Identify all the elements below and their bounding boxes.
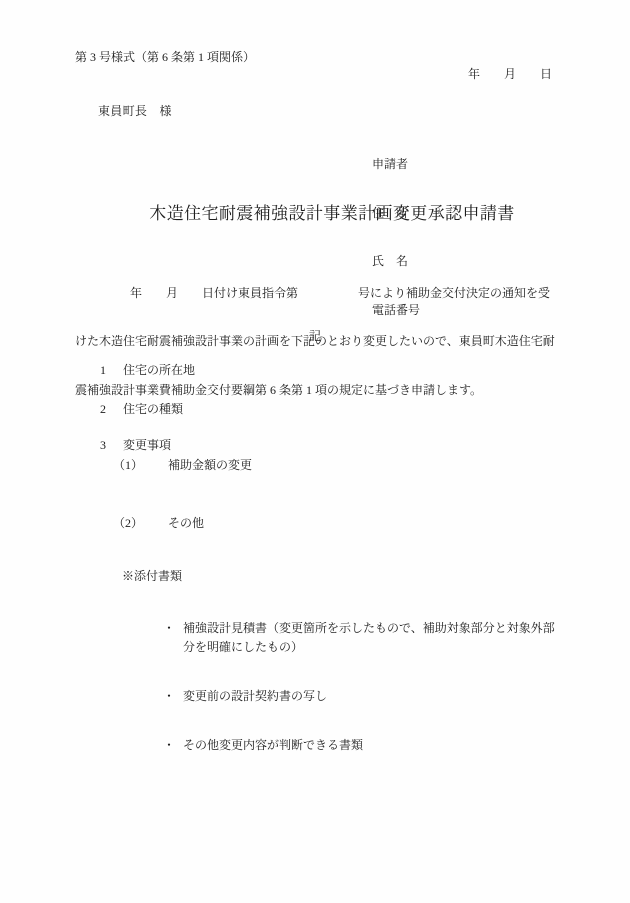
attachments-bullet-list: ・ 補強設計見積書（変更箇所を示したもので、補助対象部分と対象外部分を明確にした…: [163, 589, 561, 785]
body-paragraph-line-3: 震補強設計事業費補助金交付要綱第 6 条第 1 項の規定に基づき申請します。: [75, 381, 559, 399]
sublist-item-number: （1）: [113, 458, 168, 473]
sublist-item-number: （2）: [113, 516, 168, 531]
list-item-house-location: 1 住宅の所在地: [100, 363, 195, 378]
date-blank-line: 年 月 日: [468, 67, 552, 82]
addressee-line: 東員町長 様: [98, 104, 172, 119]
application-form-page: 第 3 号様式（第 6 条第 1 項関係） 年 月 日 東員町長 様 申請者 住…: [0, 0, 630, 903]
list-item-number: 3: [100, 438, 123, 453]
form-number: 第 3 号様式（第 6 条第 1 項関係）: [75, 50, 255, 65]
list-marker-ki: 記: [0, 329, 630, 344]
bullet-icon: ・: [163, 736, 183, 755]
list-item-label: 住宅の種類: [123, 402, 183, 417]
attachment-bullet-estimate: ・ 補強設計見積書（変更箇所を示したもので、補助対象部分と対象外部分を明確にした…: [163, 619, 561, 657]
body-paragraph-line-1: 年 月 日付け東員指令第 号により補助金交付決定の通知を受: [75, 284, 559, 302]
attachment-bullet-other-docs: ・ その他変更内容が判断できる書類: [163, 736, 561, 755]
attachment-bullet-text: 補強設計見積書（変更箇所を示したもので、補助対象部分と対象外部分を明確にしたもの…: [183, 619, 557, 657]
sublist-item-subsidy-amount-change: （1） 補助金額の変更: [113, 458, 252, 473]
list-item-label: 住宅の所在地: [123, 363, 195, 378]
attachment-bullet-text: 変更前の設計契約書の写し: [183, 687, 557, 706]
sublist-item-label: その他: [168, 516, 204, 531]
attachment-bullet-contract-copy: ・ 変更前の設計契約書の写し: [163, 687, 561, 706]
bullet-icon: ・: [163, 619, 183, 638]
attachment-bullet-text: その他変更内容が判断できる書類: [183, 736, 557, 755]
list-item-number: 1: [100, 363, 123, 378]
list-item-house-type: 2 住宅の種類: [100, 402, 183, 417]
attachments-heading: ※添付書類: [122, 569, 182, 584]
list-item-label: 変更事項: [123, 438, 171, 453]
document-title: 木造住宅耐震補強設計事業計画変更承認申請書: [17, 203, 630, 224]
bullet-icon: ・: [163, 687, 183, 706]
applicant-label: 申請者: [372, 155, 420, 174]
list-item-number: 2: [100, 402, 123, 417]
list-item-change-matters: 3 変更事項: [100, 438, 171, 453]
sublist-item-label: 補助金額の変更: [168, 458, 252, 473]
sublist-item-other: （2） その他: [113, 516, 204, 531]
